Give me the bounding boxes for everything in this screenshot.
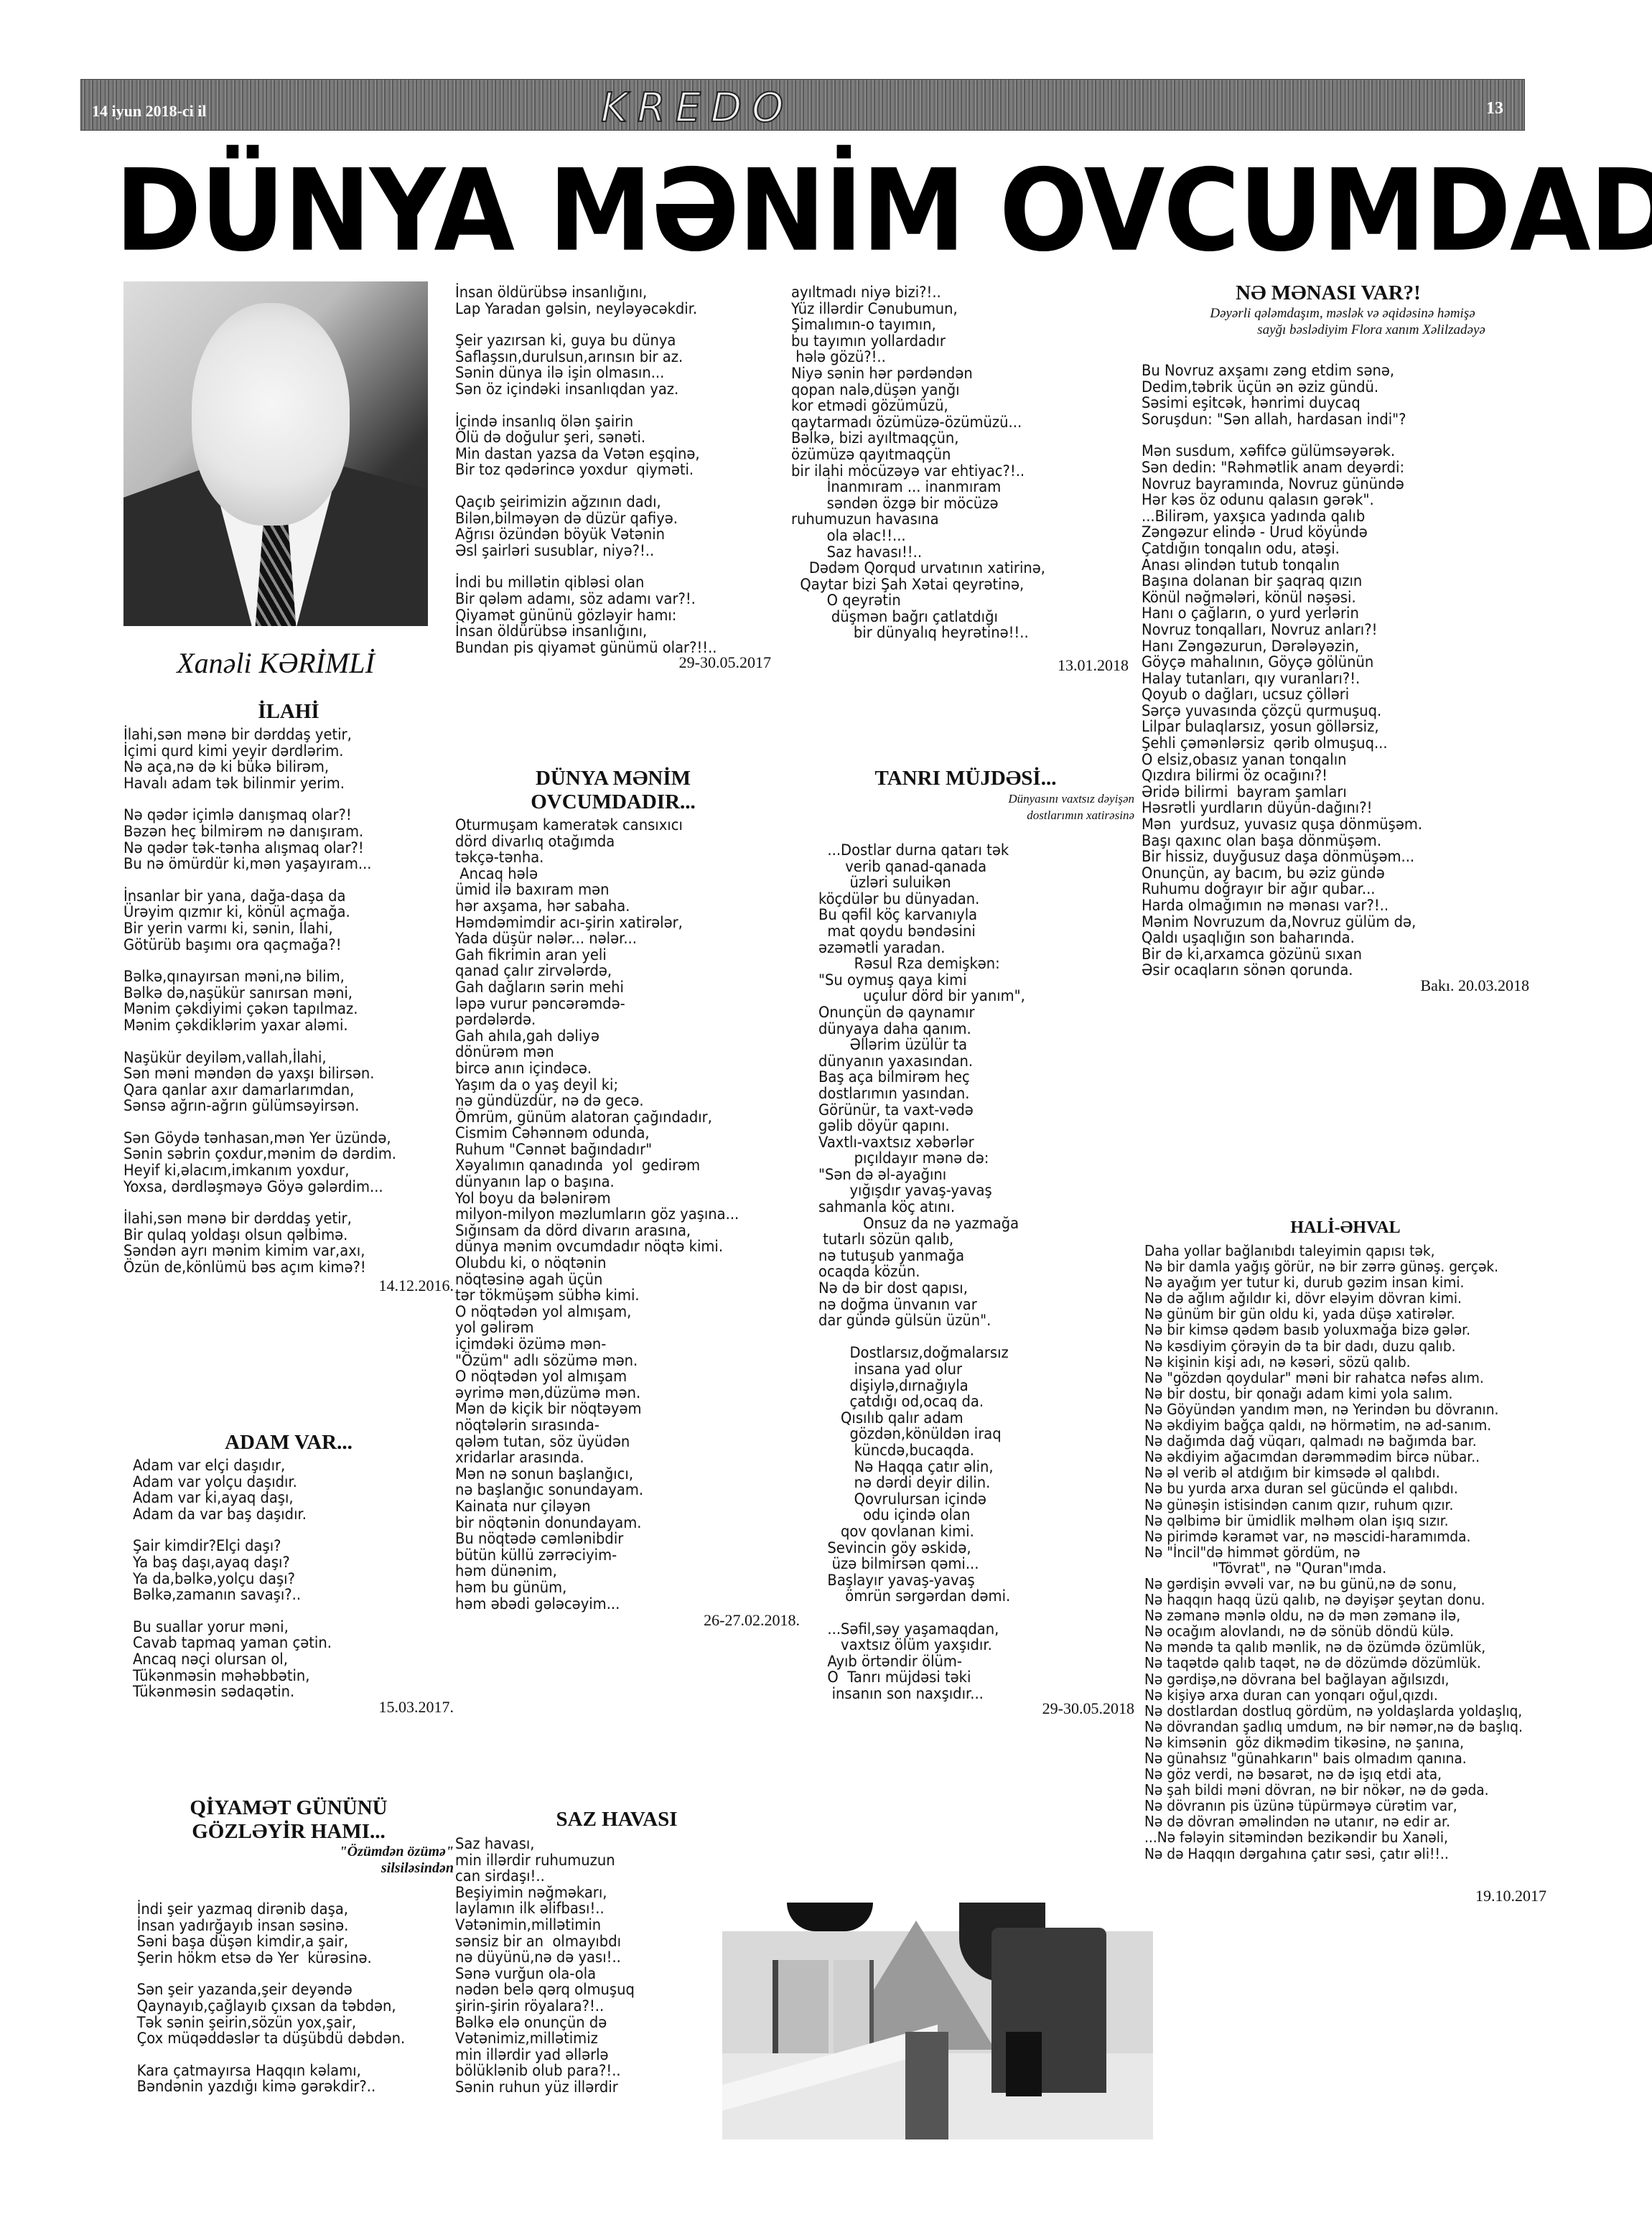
poem-line: Saflaşsın,durulsun,arınsın bir az. xyxy=(455,349,742,365)
poem-line: dünyanın yaxasından. xyxy=(818,1053,1112,1070)
poem-line: Nə də ağlım ağıldır ki, dövr eləyim dövr… xyxy=(1144,1290,1559,1306)
poem-subtitle: "Özümdən özümə" xyxy=(123,1844,454,1860)
poem-line: Nə kişinin kişi adı, nə kəsəri, sözü qal… xyxy=(1144,1354,1559,1370)
stanza: Sən Göydə tənhasan,mən Yer üzündə,Sənin … xyxy=(123,1130,431,1195)
poem-line: Lap Yaradan gəlsin, neyləyəcəkdir. xyxy=(455,301,742,317)
poem-line: bir ilahi möcüzəyə var ehtiyac?!.. xyxy=(791,463,1105,480)
poem-line: O nöqtədən yol almışam, xyxy=(455,1304,749,1320)
poem-line: üzə bilmirsən qəmi... xyxy=(818,1556,1112,1572)
poem-line: Bəlkə elə onunçün də xyxy=(455,2015,709,2031)
poem-line: Hər kəs öz odunu qalasın gərək". xyxy=(1142,492,1542,508)
poem-line: Harda olmağımın nə mənası var?!.. xyxy=(1142,897,1542,914)
stanza: Naşükür deyiləm,vallah,İlahi,Sən məni mə… xyxy=(123,1050,431,1114)
poem-line: Səni başa düşən kimdir,a şair, xyxy=(137,1933,431,1950)
poem-line: Əsir ocaqların sönən qorunda. xyxy=(1142,962,1542,979)
poem-title: QİYAMƏT GÜNÜNÜ xyxy=(123,1796,454,1820)
poem-line: Nə qədər tək-tənha alışmaq olar?! xyxy=(123,840,431,857)
poem-line: gəlib döyür qapını. xyxy=(818,1118,1112,1134)
stanza: İnsanlar bir yana, dağa-daşa daÜrəyim qı… xyxy=(123,888,431,953)
poem-subtitle: dostlarımın xatirəsinə xyxy=(818,807,1134,823)
poem-line: Mənim Novruzum da,Novruz gülüm də, xyxy=(1142,914,1542,930)
author-name: Xanəli KƏRİMLİ xyxy=(123,646,428,680)
poem-line: şirin-şirin röyalara?!.. xyxy=(455,1998,709,2015)
poem-date: 26-27.02.2018. xyxy=(455,1612,800,1629)
poem-line: Nə dövrandan şadlıq umdum, nə bir nəmər,… xyxy=(1144,1719,1559,1735)
poem-line: çatdığı od,ocaq da. xyxy=(818,1394,1112,1410)
poem-line: Onsuz da nə yazmağa xyxy=(818,1215,1112,1232)
poem-line: Nə ocağım alovlandı, nə də sönüb döndü k… xyxy=(1144,1623,1559,1639)
poem-line: odu içində olan xyxy=(818,1507,1112,1523)
poem-line: içimdəki özümə mən- xyxy=(455,1336,749,1353)
poem-line: qaytarmadı özümüzə-özümüzü... xyxy=(791,414,1105,431)
poem-subtitle: silsiləsindən xyxy=(123,1860,454,1877)
poem-line: dönürəm mən xyxy=(455,1044,749,1060)
poem-line: Sığınsam da dörd divarın arasına, xyxy=(455,1223,749,1239)
poem-line: Şimalımın-o tayımın, xyxy=(791,317,1105,333)
poem-line: dörd divarlıq otağımda xyxy=(455,834,749,850)
poem-line: nə dərdi deyir dilin. xyxy=(818,1475,1112,1491)
poem-line: Zəngəzur elində - Urud köyündə xyxy=(1142,524,1542,541)
poem-line: İnsan öldürübsə insanlığını, xyxy=(455,623,742,640)
poem-line: Bu nöqtədə cəmlənibdir xyxy=(455,1531,749,1547)
poem-line: dar gündə gülsün üzün". xyxy=(818,1312,1112,1329)
poem-line: Cismim Cəhənnəm odunda, xyxy=(455,1125,749,1142)
poem-line: Qaçıb şeirimizin ağzının dadı, xyxy=(455,494,742,510)
poem-line: Vətənimiz,millətimiz xyxy=(455,2030,709,2047)
poem-line: Sevincin göy əskidə, xyxy=(818,1540,1112,1557)
stanza: Adam var elçi daşıdır,Adam var yolçu daş… xyxy=(133,1457,431,1522)
poem-line: qələm tutan, söz üyüdən xyxy=(455,1434,749,1450)
poem-line: nöqtəsinə agah üçün xyxy=(455,1271,749,1288)
poem-line: Nə günüm bir gün oldu ki, yada düşə xati… xyxy=(1144,1306,1559,1322)
poem-line: Mənim çəkdiyimi çəkən tapılmaz. xyxy=(123,1001,431,1017)
poem-line: Ruhum "Cənnət bağındadır" xyxy=(455,1142,749,1158)
poem-line: Bəlkə də,naşükür sanırsan məni, xyxy=(123,985,431,1002)
poem-line: Bu Novruz axşamı zəng etdim sənə, xyxy=(1142,363,1542,379)
poem-line: Ya da,bəlkə,yolçu daşı? xyxy=(133,1571,431,1587)
poem-line: Sənin səbrin çoxdur,mənim də dərdim. xyxy=(123,1146,431,1162)
poem-line: Bəlkə, bizi ayıltmaqçün, xyxy=(791,430,1105,447)
poem-line: Sən şeir yazanda,şeir deyəndə xyxy=(137,1982,431,1998)
poem-ilahi: İLAHİ İlahi,sən mənə bir dərddaş yetir,İ… xyxy=(123,700,454,1294)
poem-line: Nə günahsız "günahkarın" bais olmadım qa… xyxy=(1144,1750,1559,1766)
poem-line: Gah fikrimin aran yeli xyxy=(455,947,749,963)
poem-line: Nə açа,nə də ki bükə bilirəm, xyxy=(123,759,431,775)
poem-line: dünyanın lap o başına. xyxy=(455,1174,749,1190)
poem-line: Nə dövranın pis üzünə tüpürməyə cürətim … xyxy=(1144,1798,1559,1814)
poem-line: Özün de,könlümü bəs açım kimə?! xyxy=(123,1259,431,1276)
poem-line: O elsiz,obasız yanan tonqalın xyxy=(1142,752,1542,768)
page-headline: DÜNYA MƏNİM OVCUMDADIR... xyxy=(115,147,1508,276)
poem-line: Mən nə sonun başlanğıcı, xyxy=(455,1466,749,1483)
poem-line: ömrün sərgərdan dəmi. xyxy=(818,1588,1112,1605)
author-portrait-photo xyxy=(123,281,428,626)
poem-line: Yaşım da o yaş deyil ki; xyxy=(455,1077,749,1093)
poem-line: Adam var elçi daşıdır, xyxy=(133,1457,431,1474)
poem-ne-menasi-var: NƏ MƏNASI VAR?! Dəyərli qələmdaşım, məsl… xyxy=(1142,281,1572,994)
poem-line: İnanmıram ... inanmıram xyxy=(791,479,1105,495)
poem-line: Adam da var baş daşıdır. xyxy=(133,1506,431,1523)
poem-line: Nə əl verib əl atdığım bir kimsədə əl qa… xyxy=(1144,1465,1559,1480)
poem-line: Kara çatmayırsa Haqqın kəlamı, xyxy=(137,2063,431,2079)
poem-date: Bakı. 20.03.2018 xyxy=(1142,977,1529,994)
poem-line: ...Nə fələyin sitəmindən bezikəndir bu X… xyxy=(1144,1829,1559,1845)
poem-line: Nə bir damla yağış görür, nə bir zərrə g… xyxy=(1144,1259,1559,1274)
poem-line: dostlarımın yasından. xyxy=(818,1086,1112,1102)
poem-line: həm bu günüm, xyxy=(455,1579,749,1596)
poem-line: İndi bu millətin qibləsi olan xyxy=(455,574,742,591)
poem-line: Nə də dövran əməlindən nə utanır, nə edi… xyxy=(1144,1814,1559,1829)
poem-line: Onunçün, ay bacım, bu əziz gündə xyxy=(1142,865,1542,882)
castle-illustration xyxy=(722,1903,1153,2139)
poem-body: Daha yollar bağlanıbdı taleyimin qapısı … xyxy=(1144,1243,1559,1862)
stanza: Şair kimdir?Elçi daşı?Ya baş daşı,ayaq d… xyxy=(133,1538,431,1602)
poem-line: Nə qəlbimə bir ümidlik məlhəm olan işıq … xyxy=(1144,1513,1559,1529)
poem-line: Sərçə yuvasında çözçü qurmuşuq. xyxy=(1142,703,1542,719)
poem-line: "Tövrat", nə "Quran"ımda. xyxy=(1144,1560,1559,1576)
poem-line: Gah dağların sərin mehi xyxy=(455,979,749,996)
poem-line: Götürüb başımı ora qaçmağa?! xyxy=(123,937,431,953)
poem-line: hələ gözü?!.. xyxy=(791,349,1105,365)
poem-line: Ömrüm, günüm alatoran çağındadır, xyxy=(455,1109,749,1126)
poem-line: tutarlı sözün qalıb, xyxy=(818,1231,1112,1248)
stanza: İçində insanlıq ölən şairinÖlü də doğulu… xyxy=(455,414,742,478)
poem-line: Yüz illərdir Cənubumun, xyxy=(791,301,1105,317)
poem-line: Novruz tonqalları, Novruz anları?! xyxy=(1142,622,1542,638)
poem-line: laylamın ilk əlifbası!.. xyxy=(455,1900,709,1917)
poem-line: Nə bir dostu, bir qonağı adam kimi yola … xyxy=(1144,1386,1559,1401)
poem-line: İnsanlar bir yana, dağa-daşa da xyxy=(123,888,431,905)
poem-line: Adam var yolçu daşıdır. xyxy=(133,1474,431,1490)
stanza: Nə qədər içimlə danışmaq olar?!Bəzən heç… xyxy=(123,807,431,872)
poem-line: Əllərim üzülür ta xyxy=(818,1037,1112,1053)
poem-line: Naşükür deyiləm,vallah,İlahi, xyxy=(123,1050,431,1066)
poem-line: Adam var ki,ayaq daşı, xyxy=(133,1490,431,1506)
poem-line: Anası əlindən tutub tonqalın xyxy=(1142,557,1542,574)
poem-line: insanın son naxşıdır... xyxy=(818,1686,1112,1702)
stanza: Kara çatmayırsa Haqqın kəlamı,Bəndənin y… xyxy=(137,2063,431,2095)
poem-line: min illərdir yad əllərlə xyxy=(455,2047,709,2063)
poem-body: İnsan öldürübsə insanlığını,Lap Yaradan … xyxy=(455,284,742,655)
poem-line: Dostlarsız,doğmalarsız xyxy=(818,1345,1112,1361)
poem-qiyamet-continued: İnsan öldürübsə insanlığını,Lap Yaradan … xyxy=(455,284,764,671)
poem-line: uçulur dörd bir yanım", xyxy=(818,988,1112,1004)
poem-line: düşmən bağrı çatlatdığı xyxy=(791,609,1105,625)
poem-line: Ancaq nəçi olursan ol, xyxy=(133,1651,431,1668)
poem-line: O nöqtədən yol almışam xyxy=(455,1368,749,1385)
poem-line: ...Səfil,səy yaşamaqdan, xyxy=(818,1621,1112,1638)
poem-line: Nə "gözdən qoydular" məni bir rahatca nə… xyxy=(1144,1370,1559,1386)
poem-line: min illərdir ruhumuzun xyxy=(455,1852,709,1869)
poem-line: verib qanad-qanada xyxy=(818,859,1112,875)
stanza: Bu Novruz axşamı zəng etdim sənə,Dedim,t… xyxy=(1142,363,1542,427)
poem-hali-ehval: HALİ-ƏHVAL Daha yollar bağlanıbdı taleyi… xyxy=(1144,1216,1590,1905)
poem-line: Nə şah bildi məni dövran, nə bir nökər, … xyxy=(1144,1782,1559,1798)
poem-line: Nə dağımda dağ vüqarı, qalmadı nə bağımd… xyxy=(1144,1433,1559,1449)
poem-line: həm dünənim, xyxy=(455,1563,749,1579)
poem-line: Bəlkə,qınayırsan məni,nə bilim, xyxy=(123,969,431,985)
stanza: İnsan öldürübsə insanlığını,Lap Yaradan … xyxy=(455,284,742,317)
poem-line: Qaldı uşaqlığın son baharında. xyxy=(1142,930,1542,946)
poem-line: Saz havası!!.. xyxy=(791,544,1105,561)
poem-line: Ruhumu doğrayır bir ağır qubar... xyxy=(1142,881,1542,897)
poem-line: Qiyamət gününü gözləyir hamı: xyxy=(455,607,742,624)
poem-line: Əsl şairləri susublar, niyə?!.. xyxy=(455,543,742,559)
poem-adam-var: ADAM VAR... Adam var elçi daşıdır,Adam v… xyxy=(123,1431,454,1716)
poem-line: Yol boyu da bələnirəm xyxy=(455,1190,749,1207)
poem-line: Ayıb örtəndir ölüm- xyxy=(818,1653,1112,1670)
poem-line: Bəlkə,zamanın savaşı?.. xyxy=(133,1587,431,1603)
poem-line: Qovrulursan içində xyxy=(818,1491,1112,1508)
poem-line: Bəzən heç bilmirəm nə danışıram. xyxy=(123,823,431,840)
poem-line: Yoxsa, dərdləşməyə Göyə gələrdim... xyxy=(123,1179,431,1195)
poem-line: Nə bu yurda arxa duran sel gücündə el qa… xyxy=(1144,1480,1559,1496)
issue-date: 14 iyun 2018-ci il xyxy=(92,102,207,121)
poem-line: Nə kimsənin göz dikmədim tikəsinə, nə şa… xyxy=(1144,1735,1559,1750)
poem-line: Şerin hökm etsə də Yer kürəsinə. xyxy=(137,1950,431,1966)
poem-line: Başlayır yavaş-yavaş xyxy=(818,1572,1112,1589)
poem-line: Ağrısı özündən böyük Vətənin xyxy=(455,526,742,543)
poem-line: Hanı Zəngəzurun, Dərələyəzin, xyxy=(1142,638,1542,655)
poem-title: GÖZLƏYİR HAMI... xyxy=(123,1820,454,1844)
poem-line: Sən məni məndən də yaxşı bilirsən. xyxy=(123,1065,431,1082)
poem-line: bölüklənib olub para?!.. xyxy=(455,2063,709,2079)
poem-title: NƏ MƏNASI VAR?! xyxy=(1142,281,1572,305)
poem-line: Nə taqətdə qalıb taqət, nə də dözümdə dö… xyxy=(1144,1655,1559,1671)
poem-line: Nə ayağım yer tutur ki, durub gəzim insa… xyxy=(1144,1274,1559,1290)
section-logo: KREDO xyxy=(601,85,793,131)
poem-line: Başına dolanan bir şaqraq qızın xyxy=(1142,573,1542,589)
poem-line: ocaqda közün. xyxy=(818,1264,1112,1280)
poem-line: Ürəyim qızmır ki, könül açmağa. xyxy=(123,904,431,920)
poem-line: O qeyrətin xyxy=(791,592,1105,609)
poem-line: Qısılıb qalır adam xyxy=(818,1410,1112,1427)
poem-dunya: DÜNYA MƏNİM OVCUMDADIR... Oturmuşam kame… xyxy=(455,767,771,1629)
poem-line: İlahi,sən mənə bir dərddaş yetir, xyxy=(123,1210,431,1227)
poem-line: Dədəm Qorqud urvatının xatirinə, xyxy=(791,560,1105,577)
poem-subtitle: Dəyərli qələmdaşım, məslək və əqidəsinə … xyxy=(1142,305,1572,322)
poem-line: Havalı adam tək bilinmir yerim. xyxy=(123,775,431,792)
poem-line: Bu suallar yorur məni, xyxy=(133,1619,431,1635)
poem-date: 19.10.2017 xyxy=(1144,1887,1546,1905)
poem-date: 29-30.05.2018 xyxy=(818,1700,1134,1717)
poem-line: Sənin ruhun yüz illərdir xyxy=(455,2079,709,2096)
poem-line: hər axşama, hər sabaha. xyxy=(455,898,749,915)
poem-line: yol gəlirəm xyxy=(455,1320,749,1336)
poem-title: TANRI MÜJDƏSİ... xyxy=(818,767,1134,790)
poem-line: vaxtsız ölüm yaxşıdır. xyxy=(818,1637,1112,1653)
poem-line: Gah ahıla,gah dəliyə xyxy=(455,1028,749,1045)
poem-title: ADAM VAR... xyxy=(123,1431,454,1455)
poem-date: 14.12.2016. xyxy=(123,1277,454,1294)
poem-line: Nə göz verdi, nə bəsarət, nə də işıq etd… xyxy=(1144,1766,1559,1782)
poem-line: Daha yollar bağlanıbdı taleyimin qapısı … xyxy=(1144,1243,1559,1259)
poem-line: üzləri suluikən xyxy=(818,874,1112,891)
poem-line: Nə də bir dost qapısı, xyxy=(818,1280,1112,1297)
poem-line: dünyaya daha qanım. xyxy=(818,1021,1112,1037)
stanza: İlahi,sən mənə bir dərddaş yetir,İçimi q… xyxy=(123,727,431,791)
poem-line: qanad çalır zirvələrdə, xyxy=(455,963,749,979)
poem-subtitle: Dünyasını vaxtsız dəyişən xyxy=(818,790,1134,807)
poem-title: SAZ HAVASI xyxy=(455,1808,728,1831)
poem-line: Ancaq hələ xyxy=(455,866,749,882)
poem-line: nə tutuşub yanmağa xyxy=(818,1248,1112,1264)
poem-line: Nə kişiyə arxa duran can yonqarı oğul,qı… xyxy=(1144,1687,1559,1703)
poem-line: Nə pirimdə kəramət var, nə məscidi-haram… xyxy=(1144,1529,1559,1544)
poem-line: Bir qələm adamı, söz adamı var?!. xyxy=(455,591,742,607)
stanza: Mən susdum, xəfifcə gülümsəyərək.Sən ded… xyxy=(1142,443,1542,979)
poem-saz-havasi: SAZ HAVASI Saz havası,min illərdir ruhum… xyxy=(455,1808,728,2096)
poem-line: Tək sənin şeirin,sözün yox,şair, xyxy=(137,2015,431,2031)
poem-body: Saz havası,min illərdir ruhumuzuncan sir… xyxy=(455,1836,709,2096)
poem-line: dünya mənim ovcumdadır nöqtə kimi. xyxy=(455,1238,749,1255)
poem-subtitle: sayğı bəslədiyim Flora xanım Xəlilzadəyə xyxy=(1142,322,1572,338)
poem-line: Səndən ayrı mənim kimim var,axı, xyxy=(123,1243,431,1259)
poem-line: Könül nəğmələri, könül nəşəsi. xyxy=(1142,589,1542,606)
poem-line: milyon-milyon məzlumların göz yaşına... xyxy=(455,1206,749,1223)
poem-line: Nə məndə ta qalıb mənlik, nə də özümdə ö… xyxy=(1144,1639,1559,1655)
poem-line: Şehli çəmənlərsiz qərib olmuşuq... xyxy=(1142,735,1542,752)
poem-line: ləpə vurur pəncərəmdə- xyxy=(455,996,749,1012)
poem-line: İçimi qurd kimi yeyir dərdlərim. xyxy=(123,743,431,760)
poem-body: ...Dostlar durna qatarı tək verib qanad-… xyxy=(818,842,1112,1702)
poem-line: Bir qulaq yoldaşı olsun qəlbimə. xyxy=(123,1227,431,1243)
poem-line: pıçıldayır mənə də: xyxy=(818,1150,1112,1167)
poem-line: Çatdığın tonqalın odu, atəşi. xyxy=(1142,541,1542,557)
poem-line: qov qovlanan kimi. xyxy=(818,1523,1112,1540)
poem-line: yığışdır yavaş-yavaş xyxy=(818,1182,1112,1199)
page-number: 13 xyxy=(1486,99,1503,118)
poem-date: 15.03.2017. xyxy=(123,1699,454,1716)
poem-line: xridarlar arasında. xyxy=(455,1450,749,1466)
poem-line: nə başlanğıc sonundayam. xyxy=(455,1482,749,1498)
poem-line: Bir də ki,arxamca gözünü sıxan xyxy=(1142,946,1542,963)
poem-line: Soruşdun: "Sən allah, hardasan indi"? xyxy=(1142,411,1542,428)
poem-line: Rəsul Rza demişkən: xyxy=(818,956,1112,972)
poem-line: ola əlac!!... xyxy=(791,528,1105,544)
poem-line: Qaytar bizi Şah Xətai qeyrətinə, xyxy=(791,577,1105,593)
poem-line: "Sən də əl-ayağını xyxy=(818,1167,1112,1183)
poem-line: Bir hissiz, duyğusuz daşa dönmüşəm... xyxy=(1142,849,1542,865)
poem-line: Bu nə ömürdür ki,mən yaşayıram... xyxy=(123,856,431,872)
poem-line: Qızdıra bilirmi öz ocağını?! xyxy=(1142,767,1542,784)
stanza: Qaçıb şeirimizin ağzının dadı,Bilən,bilm… xyxy=(455,494,742,559)
poem-line: Nə bir kimsə qədəm basıb yoluxmağa bizə … xyxy=(1144,1322,1559,1338)
poem-line: həm əbədi gələcəyim... xyxy=(455,1596,749,1613)
poem-line: nöqtələrin sırasında- xyxy=(455,1417,749,1434)
poem-line: Bir toz qədərincə yoxdur qiyməti. xyxy=(455,462,742,478)
poem-line: Görünür, ta vaxt-vədə xyxy=(818,1102,1112,1119)
poem-line: Nə gərdişin əvvəli var, nə bu günü,nə də… xyxy=(1144,1576,1559,1592)
stanza: Şeir yazırsan ki, guya bu dünyaSaflaşsın… xyxy=(455,332,742,397)
poem-line: sahmanla köç atını. xyxy=(818,1199,1112,1215)
poem-line: Min dastan yazsa da Vətən eşqinə, xyxy=(455,446,742,462)
stanza: İlahi,sən mənə bir dərddaş yetir,Bir qul… xyxy=(123,1210,431,1275)
poem-line: Qoyub o dağları, ucsuz çölləri xyxy=(1142,686,1542,703)
poem-line: mat qoydu bəndəsini xyxy=(818,923,1112,940)
poem-line: Sən öz içindəki insanlıqdan yaz. xyxy=(455,381,742,398)
poem-line: özümüzə qayıtmaqçün xyxy=(791,447,1105,463)
poem-line: Vətənimin,millətimin xyxy=(455,1917,709,1933)
poem-line: Yada düşür nələr... nələr... xyxy=(455,930,749,947)
poem-line: Hanı o çağların, o yurd yerlərin xyxy=(1142,605,1542,622)
poem-line: Onunçün də qaynamır xyxy=(818,1004,1112,1021)
poem-line: ...Dostlar durna qatarı tək xyxy=(818,842,1112,859)
poem-line: Nə Haqqa çatır əlin, xyxy=(818,1459,1112,1475)
poem-line: Lilpar bulaqlarsız, yosun göllərsiz, xyxy=(1142,719,1542,735)
poem-line: tər tökmüşəm sübhə kimi. xyxy=(455,1287,749,1304)
poem-line: Əridə bilirmi bayram şamları xyxy=(1142,784,1542,801)
poem-line: İçində insanlıq ölən şairin xyxy=(455,414,742,430)
poem-line: Saz havası, xyxy=(455,1836,709,1852)
poem-body: İlahi,sən mənə bir dərddaş yetir,İçimi q… xyxy=(123,727,431,1276)
poem-line: İnsan yadırğayıb insan səsinə. xyxy=(137,1918,431,1934)
poem-line: nədən belə qərq olmuşuq xyxy=(455,1982,709,1998)
poem-body: Adam var elçi daşıdır,Adam var yolçu daş… xyxy=(123,1457,431,1700)
poem-line: Nə dostlardan dostluq gördüm, nə yoldaşl… xyxy=(1144,1703,1559,1719)
poem-line: qopan nalə,düşən yanğı xyxy=(791,382,1105,398)
poem-line: bütün küllü zərrəciyim- xyxy=(455,1547,749,1564)
poem-line: Səsimi eşitcək, hənrimi duycaq xyxy=(1142,395,1542,411)
poem-line: Halay tutanları, qıy vuranları?!. xyxy=(1142,671,1542,687)
poem-line: Nə zəmanə mənlə oldu, nə də mən zəmanə i… xyxy=(1144,1607,1559,1623)
poem-line: "Su oymuş qaya kimi xyxy=(818,972,1112,989)
poem-line: Nə günəşin istisindən canım qızır, ruhum… xyxy=(1144,1497,1559,1513)
poem-title: OVCUMDADIR... xyxy=(455,790,771,814)
poem-line: Qara qanlar axır damarlarımdan, xyxy=(123,1082,431,1098)
poem-line: insana yad olur xyxy=(818,1361,1112,1378)
poem-line: Mən susdum, xəfifcə gülümsəyərək. xyxy=(1142,443,1542,459)
poem-line: bir dünyalıq heyrətinə!!.. xyxy=(791,625,1105,641)
poem-line: ...Bilirəm, yaxşıca yadında qalıb xyxy=(1142,508,1542,525)
poem-date: 29-30.05.2017 xyxy=(455,654,771,671)
poem-line: bir nöqtənin donundayam. xyxy=(455,1515,749,1531)
poem-line: ruhumuzun havasına xyxy=(791,511,1105,528)
poem-line: Baş aça bilmirəm heç xyxy=(818,1069,1112,1086)
poem-line: Sənsə ağrın-ağrın gülümsəyirsən. xyxy=(123,1098,431,1114)
poem-line: Oturmuşam kameratək cansıxıcı xyxy=(455,817,749,834)
poem-line: Olubdu ki, o nöqtənin xyxy=(455,1255,749,1271)
poem-line: Göyçə mahalının, Göyçə gölünün xyxy=(1142,654,1542,671)
poem-tanri-mujdesi: TANRI MÜJDƏSİ... Dünyasını vaxtsız dəyiş… xyxy=(818,767,1134,1717)
poem-line: Heyif ki,əlacım,imkanım yoxdur, xyxy=(123,1162,431,1179)
poem-line: Ölü də doğulur şeri, sənəti. xyxy=(455,429,742,446)
poem-body: Bu Novruz axşamı zəng etdim sənə,Dedim,t… xyxy=(1142,363,1542,979)
poem-line: Sən dedin: "Rəhmətlik anam deyərdi: xyxy=(1142,459,1542,476)
poem-line: Qaynayıb,çağlayıb çıxsan da təbdən, xyxy=(137,1998,431,2015)
poem-saz-havasi-continued: ayıltmadı niyə bizi?!..Yüz illərdir Cənu… xyxy=(791,284,1129,674)
poem-line: Dedim,təbrik üçün ən əziz gündü. xyxy=(1142,379,1542,396)
poem-line: Mən yurdsuz, yuvasız quşa dönmüşəm. xyxy=(1142,816,1542,833)
poem-line: köçdülər bu dünyadan. xyxy=(818,891,1112,907)
poem-line: nə gündüzdür, nə də gecə. xyxy=(455,1093,749,1109)
stanza: İndi bu millətin qibləsi olanBir qələm a… xyxy=(455,574,742,655)
poem-line: Cavab tapmaq yaman çətin. xyxy=(133,1635,431,1651)
poem-line: Sənin dünya ilə işin olmasın... xyxy=(455,365,742,381)
poem-line: Xəyalımın qanadında yol gedirəm xyxy=(455,1157,749,1174)
poem-line: əyrimə mən,düzümə mən. xyxy=(455,1385,749,1401)
poem-line: Nə kəsdiyim çörəyin də ta bir dadı, duzu… xyxy=(1144,1338,1559,1354)
poem-line: ayıltmadı niyə bizi?!.. xyxy=(791,284,1105,301)
stanza: Sən şeir yazanda,şeir deyəndəQaynayıb,ça… xyxy=(137,1982,431,2046)
masthead-banner: 14 iyun 2018-ci il KREDO 13 xyxy=(80,79,1525,131)
poem-qiyamet: QİYAMƏT GÜNÜNÜ GÖZLƏYİR HAMI... "Özümdən… xyxy=(123,1796,454,2111)
poem-line: Kainata nur çiləyən xyxy=(455,1498,749,1515)
poem-line: küncdə,bucaqda. xyxy=(818,1442,1112,1459)
poem-line: Vaxtlı-vaxtsız xəbərlər xyxy=(818,1134,1112,1151)
poem-line: Mənim çəkdiklərim yaxar aləmi. xyxy=(123,1017,431,1034)
poem-line: Sənə vurğun ola-ola xyxy=(455,1966,709,1982)
